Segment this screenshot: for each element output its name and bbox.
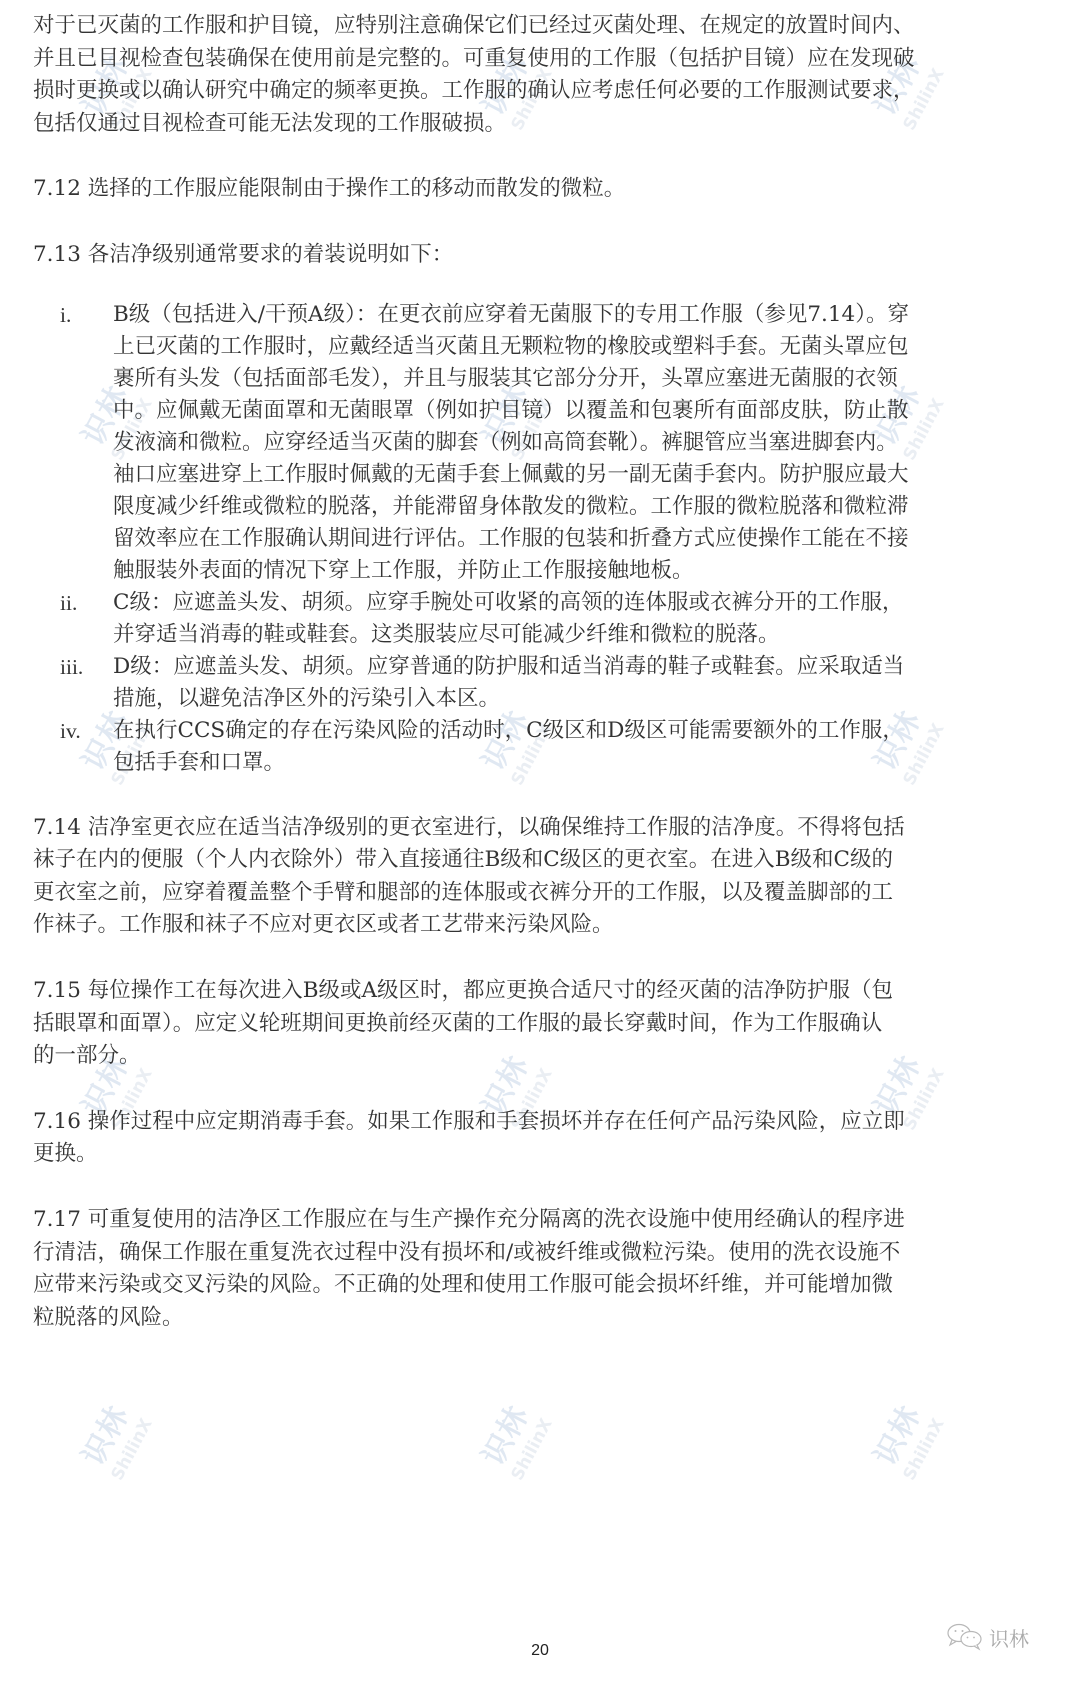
text-line: 损时更换或以确认研究中确定的频率更换。工作服的确认应考虑任何必要的工作服测试要求… bbox=[33, 75, 1055, 108]
text-line: 7.12 选择的工作服应能限制由于操作工的移动而散发的微粒。 bbox=[33, 173, 1055, 206]
text-line: 对于已灭菌的工作服和护目镜，应特别注意确保它们已经过灭菌处理、在规定的放置时间内… bbox=[33, 10, 1055, 43]
text-line: 行清洁，确保工作服在重复洗衣过程中没有损坏和/或被纤维或微粒污染。使用的洗衣设施… bbox=[33, 1237, 1055, 1270]
paragraph-spacer bbox=[33, 1171, 1055, 1204]
text-line: 的一部分。 bbox=[33, 1040, 1055, 1073]
text-line: 裹所有头发（包括面部毛发），并且与服装其它部分分开，头罩应塞进无菌服的衣领 bbox=[113, 363, 1055, 395]
text-line: 中。应佩戴无菌面罩和无菌眼罩（例如护目镜）以覆盖和包裹所有面部皮肤，防止散 bbox=[113, 395, 1055, 427]
text-line: 并穿适当消毒的鞋或鞋套。这类服装应尽可能减少纤维和微粒的脱落。 bbox=[113, 619, 1055, 651]
text-line: 7.16 操作过程中应定期消毒手套。如果工作服和手套损坏并存在任何产品污染风险，… bbox=[33, 1106, 1055, 1139]
section-7-14: 7.14 洁净室更衣应在适当洁净级别的更衣室进行，以确保维持工作服的洁净度。不得… bbox=[33, 812, 1055, 942]
section-7-12: 7.12 选择的工作服应能限制由于操作工的移动而散发的微粒。 bbox=[33, 173, 1055, 206]
list-item-grade-b: i. B级（包括进入/干预A级）：在更衣前应穿着无菌服下的专用工作服（参见7.1… bbox=[33, 299, 1055, 587]
page-number: 20 bbox=[0, 1642, 1080, 1660]
paragraph-intro: 对于已灭菌的工作服和护目镜，应特别注意确保它们已经过灭菌处理、在规定的放置时间内… bbox=[33, 10, 1055, 140]
paragraph-spacer bbox=[33, 272, 1055, 299]
text-line: 更换。 bbox=[33, 1138, 1055, 1171]
text-line: 并且已目视检查包装确保在使用前是完整的。可重复使用的工作服（包括护目镜）应在发现… bbox=[33, 43, 1055, 76]
text-line: 应带来污染或交叉污染的风险。不正确的处理和使用工作服可能会损坏纤维，并可能增加微 bbox=[33, 1269, 1055, 1302]
text-line: 触服装外表面的情况下穿上工作服，并防止工作服接触地板。 bbox=[113, 555, 1055, 587]
list-marker: iii. bbox=[60, 651, 83, 683]
text-line: 限度减少纤维或微粒的脱落，并能滞留身体散发的微粒。工作服的微粒脱落和微粒滞 bbox=[113, 491, 1055, 523]
paragraph-spacer bbox=[33, 140, 1055, 173]
section-7-13-list: i. B级（包括进入/干预A级）：在更衣前应穿着无菌服下的专用工作服（参见7.1… bbox=[33, 299, 1055, 779]
text-line: 措施，以避免洁净区外的污染引入本区。 bbox=[113, 683, 1055, 715]
text-line: 在执行CCS确定的存在污染风险的活动时，C级区和D级区可能需要额外的工作服， bbox=[113, 715, 1055, 747]
section-7-13: 7.13 各洁净级别通常要求的着装说明如下： bbox=[33, 239, 1055, 272]
paragraph-spacer bbox=[33, 1073, 1055, 1106]
text-line: 粒脱落的风险。 bbox=[33, 1302, 1055, 1335]
section-7-15: 7.15 每位操作工在每次进入B级或A级区时，都应更换合适尺寸的经灭菌的洁净防护… bbox=[33, 975, 1055, 1073]
watermark: 识林ShilinX bbox=[864, 1389, 986, 1511]
list-item-grade-c: ii. C级：应遮盖头发、胡须。应穿手腕处可收紧的高领的连体服或衣裤分开的工作服… bbox=[33, 587, 1055, 651]
text-line: 7.17 可重复使用的洁净区工作服应在与生产操作充分隔离的洗衣设施中使用经确认的… bbox=[33, 1204, 1055, 1237]
text-line: D级：应遮盖头发、胡须。应穿普通的防护服和适当消毒的鞋子或鞋套。应采取适当 bbox=[113, 651, 1055, 683]
text-line: 7.15 每位操作工在每次进入B级或A级区时，都应更换合适尺寸的经灭菌的洁净防护… bbox=[33, 975, 1055, 1008]
document-body: 对于已灭菌的工作服和护目镜，应特别注意确保它们已经过灭菌处理、在规定的放置时间内… bbox=[33, 10, 1055, 1334]
watermark: 识林ShilinX bbox=[472, 1389, 594, 1511]
paragraph-spacer bbox=[33, 206, 1055, 239]
text-line: 包括手套和口罩。 bbox=[113, 747, 1055, 779]
document-page: 识林ShilinX 识林ShilinX 识林ShilinX 识林ShilinX … bbox=[0, 0, 1080, 1682]
text-line: 括眼罩和面罩）。应定义轮班期间更换前经灭菌的工作服的最长穿戴时间，作为工作服确认 bbox=[33, 1008, 1055, 1041]
text-line: 袜子在内的便服（个人内衣除外）带入直接通往B级和C级区的更衣室。在进入B级和C级… bbox=[33, 844, 1055, 877]
text-line: 上已灭菌的工作服时，应戴经适当灭菌且无颗粒物的橡胶或塑料手套。无菌头罩应包 bbox=[113, 331, 1055, 363]
list-item-grade-d: iii. D级：应遮盖头发、胡须。应穿普通的防护服和适当消毒的鞋子或鞋套。应采取… bbox=[33, 651, 1055, 715]
text-line: 袖口应塞进穿上工作服时佩戴的无菌手套上佩戴的另一副无菌手套内。防护服应最大 bbox=[113, 459, 1055, 491]
list-item-ccs: iv. 在执行CCS确定的存在污染风险的活动时，C级区和D级区可能需要额外的工作… bbox=[33, 715, 1055, 779]
text-line: 留效率应在工作服确认期间进行评估。工作服的包装和折叠方式应使操作工能在不接 bbox=[113, 523, 1055, 555]
section-7-17: 7.17 可重复使用的洁净区工作服应在与生产操作充分隔离的洗衣设施中使用经确认的… bbox=[33, 1204, 1055, 1334]
list-marker: i. bbox=[60, 299, 71, 331]
text-line: B级（包括进入/干预A级）：在更衣前应穿着无菌服下的专用工作服（参见7.14）。… bbox=[113, 299, 1055, 331]
text-line: 更衣室之前，应穿着覆盖整个手臂和腿部的连体服或衣裤分开的工作服，以及覆盖脚部的工 bbox=[33, 877, 1055, 910]
text-line: 发液滴和微粒。应穿经适当灭菌的脚套（例如高筒套靴）。裤腿管应当塞进脚套内。 bbox=[113, 427, 1055, 459]
list-marker: ii. bbox=[60, 587, 77, 619]
paragraph-spacer bbox=[33, 779, 1055, 812]
list-marker: iv. bbox=[60, 715, 81, 747]
text-line: 包括仅通过目视检查可能无法发现的工作服破损。 bbox=[33, 108, 1055, 141]
paragraph-spacer bbox=[33, 942, 1055, 975]
watermark: 识林ShilinX bbox=[72, 1389, 194, 1511]
text-line: 7.13 各洁净级别通常要求的着装说明如下： bbox=[33, 239, 1055, 272]
text-line: 7.14 洁净室更衣应在适当洁净级别的更衣室进行，以确保维持工作服的洁净度。不得… bbox=[33, 812, 1055, 845]
text-line: C级：应遮盖头发、胡须。应穿手腕处可收紧的高领的连体服或衣裤分开的工作服， bbox=[113, 587, 1055, 619]
section-7-16: 7.16 操作过程中应定期消毒手套。如果工作服和手套损坏并存在任何产品污染风险，… bbox=[33, 1106, 1055, 1171]
text-line: 作袜子。工作服和袜子不应对更衣区或者工艺带来污染风险。 bbox=[33, 909, 1055, 942]
